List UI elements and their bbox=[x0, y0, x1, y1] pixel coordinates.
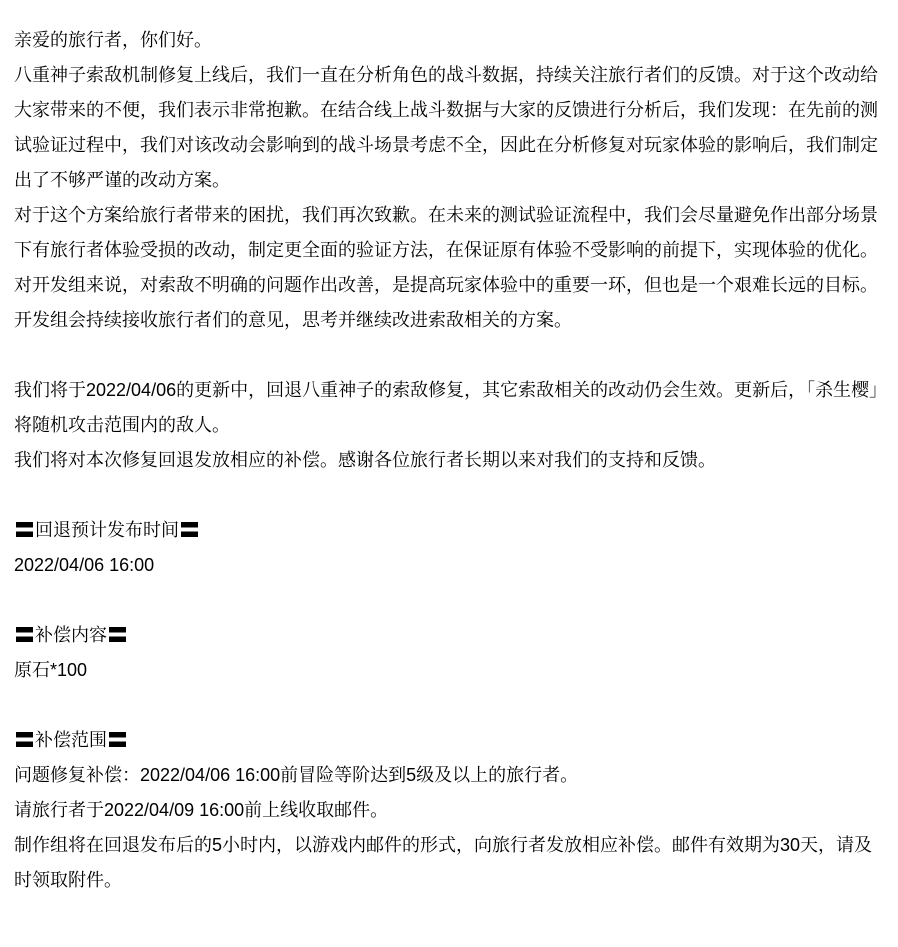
double-bar-marker-icon bbox=[181, 522, 198, 537]
announcement-page: 亲爱的旅行者，你们好。 八重神子索敌机制修复上线后，我们一直在分析角色的战斗数据… bbox=[0, 0, 898, 947]
dev-team-goal-paragraph: 对开发组来说，对索敌不明确的问题作出改善，是提高玩家体验中的重要一环，但也是一个… bbox=[14, 268, 884, 338]
greeting-paragraph: 亲爱的旅行者，你们好。 bbox=[14, 23, 884, 58]
double-bar-marker-icon bbox=[109, 732, 126, 747]
compensation-content-value: 原石*100 bbox=[14, 653, 884, 688]
blank-line bbox=[14, 338, 884, 373]
double-bar-marker-icon bbox=[16, 522, 33, 537]
section-title-rollback-time: 回退预计发布时间 bbox=[14, 513, 884, 548]
section-title-text: 补偿内容 bbox=[35, 625, 107, 645]
compensation-thanks-paragraph: 我们将对本次修复回退发放相应的补偿。感谢各位旅行者长期以来对我们的支持和反馈。 bbox=[14, 443, 884, 478]
rollback-time-value: 2022/04/06 16:00 bbox=[14, 548, 884, 583]
section-title-compensation-scope: 补偿范围 bbox=[14, 723, 884, 758]
section-title-text: 回退预计发布时间 bbox=[35, 520, 179, 540]
double-bar-marker-icon bbox=[16, 732, 33, 747]
compensation-scope-mail-line: 制作组将在回退发布后的5小时内，以游戏内邮件的形式，向旅行者发放相应补偿。邮件有… bbox=[14, 828, 884, 898]
section-title-text: 补偿范围 bbox=[35, 730, 107, 750]
apology-analysis-paragraph: 八重神子索敌机制修复上线后，我们一直在分析角色的战斗数据，持续关注旅行者们的反馈… bbox=[14, 58, 884, 198]
section-title-compensation-content: 补偿内容 bbox=[14, 618, 884, 653]
blank-line bbox=[14, 583, 884, 618]
double-bar-marker-icon bbox=[109, 627, 126, 642]
blank-line bbox=[14, 478, 884, 513]
blank-line bbox=[14, 688, 884, 723]
compensation-scope-login-line: 请旅行者于2022/04/09 16:00前上线收取邮件。 bbox=[14, 793, 884, 828]
future-testing-paragraph: 对于这个方案给旅行者带来的困扰，我们再次致歉。在未来的测试验证流程中，我们会尽量… bbox=[14, 198, 884, 268]
double-bar-marker-icon bbox=[16, 627, 33, 642]
compensation-scope-eligibility-line: 问题修复补偿：2022/04/06 16:00前冒险等阶达到5级及以上的旅行者。 bbox=[14, 758, 884, 793]
rollback-update-paragraph: 我们将于2022/04/06的更新中，回退八重神子的索敌修复，其它索敌相关的改动… bbox=[14, 373, 884, 443]
